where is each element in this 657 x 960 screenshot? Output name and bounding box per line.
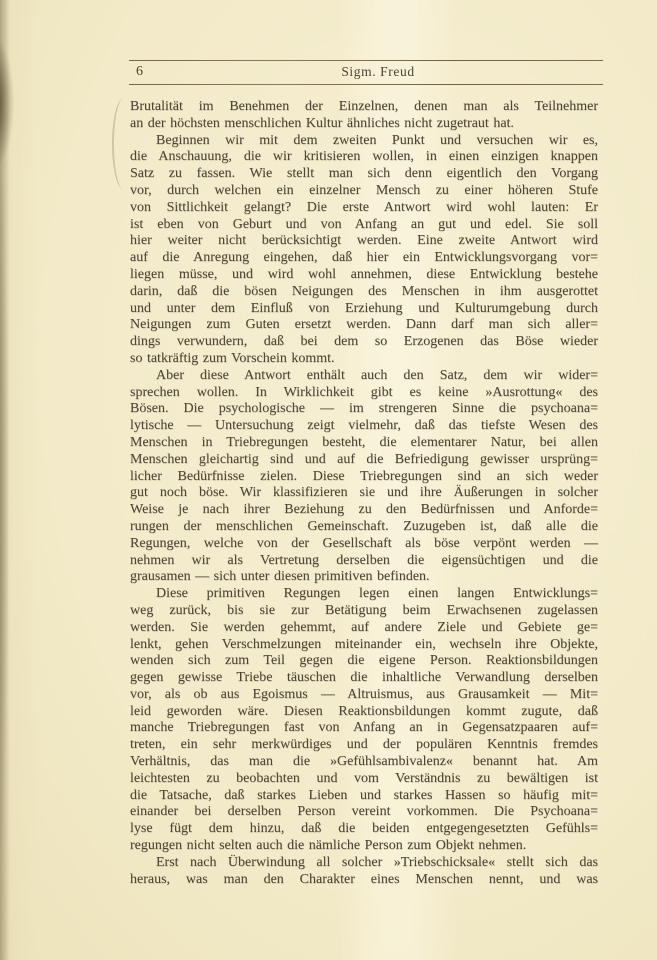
text-line: an der höchsten menschlichen Kultur ähnl… — [130, 116, 598, 133]
text-line: ist eben von Geburt und von Anfang an gu… — [130, 217, 598, 234]
book-page: 6 Sigm. Freud Brutalität im Benehmen der… — [0, 0, 657, 960]
text-line: Erst nach Überwindung all solcher »Trieb… — [130, 855, 598, 872]
text-line: von Sittlichkeit gelangt? Die erste Antw… — [130, 200, 598, 217]
gutter-soft-shadow — [0, 150, 8, 850]
text-line: nehmen wir als Vertretung derselben die … — [130, 553, 598, 570]
text-block: Brutalität im Benehmen der Einzelnen, de… — [130, 99, 598, 888]
text-line: gut noch böse. Wir klassifizieren sie un… — [130, 485, 598, 502]
text-line: Weise je nach ihrer Beziehung zu den Bed… — [130, 502, 598, 519]
text-line: manche Triebregungen fast von Anfang an … — [130, 720, 598, 737]
text-line: einander bei derselben Person vereint vo… — [130, 804, 598, 821]
text-line: Regungen, welche von der Gesellschaft al… — [130, 536, 598, 553]
text-line: und unter dem Einfluß von Erziehung und … — [130, 301, 598, 318]
text-line: lyse fügt dem hinzu, daß die beiden entg… — [130, 821, 598, 838]
gutter-dark-smudge — [0, 38, 14, 168]
running-header: Sigm. Freud — [129, 64, 603, 80]
text-line: lenkt, gehen Verschmelzungen miteinander… — [130, 637, 598, 654]
text-line: Satz zu fassen. Wie stellt man sich denn… — [130, 166, 598, 183]
text-line: vor, als ob aus Egoismus — Altruismus, a… — [130, 687, 598, 704]
text-line: werden. Sie werden gehemmt, auf andere Z… — [130, 620, 598, 637]
text-line: heraus, was man den Charakter eines Mens… — [130, 872, 598, 889]
text-line: wenden sich zum Teil gegen die eigene Pe… — [130, 653, 598, 670]
text-line: grausamen — sich unter diesen primitiven… — [130, 569, 598, 586]
text-line: liegen müsse, und wird wohl annehmen, di… — [130, 267, 598, 284]
text-line: so tatkräftig zum Vorschein kommt. — [130, 351, 598, 368]
text-line: sprechen wollen. In Wirklichkeit gibt es… — [130, 385, 598, 402]
text-line: Diese primitiven Regungen legen einen la… — [130, 586, 598, 603]
text-line: Neigungen zum Guten ersetzt werden. Dann… — [130, 317, 598, 334]
text-line: licher Bedürfnisse zielen. Diese Triebre… — [130, 469, 598, 486]
text-line: rungen der menschlichen Gemeinschaft. Zu… — [130, 519, 598, 536]
text-line: Bösen. Die psychologische — im strengere… — [130, 401, 598, 418]
header-rule-bottom — [129, 84, 603, 85]
text-line: Verhältnis, das man die »Gefühlsambivale… — [130, 754, 598, 771]
text-line: Menschen gleichartig sind und auf die Be… — [130, 452, 598, 469]
text-line: Aber diese Antwort enthält auch den Satz… — [130, 368, 598, 385]
text-line: lytische — Untersuchung zeigt vielmehr, … — [130, 418, 598, 435]
text-line: auf die Anregung eingehen, daß hier ein … — [130, 250, 598, 267]
text-line: leid geworden wäre. Diesen Reaktionsbild… — [130, 704, 598, 721]
text-line: treten, ein sehr merkwürdiges und der po… — [130, 737, 598, 754]
text-line: regungen nicht selten auch die nämliche … — [130, 838, 598, 855]
text-line: darin, daß die bösen Neigungen des Mensc… — [130, 284, 598, 301]
header-row: 6 Sigm. Freud — [129, 64, 603, 82]
page-crease-mark — [112, 98, 124, 190]
text-line: hier weiter nicht berücksichtigt werden.… — [130, 233, 598, 250]
text-line: dings verwundern, daß bei dem so Erzogen… — [130, 334, 598, 351]
text-line: weg zurück, bis sie zur Betätigung beim … — [130, 603, 598, 620]
header-rule-top — [129, 60, 603, 61]
text-line: Beginnen wir mit dem zweiten Punkt und v… — [130, 133, 598, 150]
text-line: Menschen in Triebregungen besteht, die e… — [130, 435, 598, 452]
text-line: Brutalität im Benehmen der Einzelnen, de… — [130, 99, 598, 116]
text-line: die Anschauung, die wir kritisieren woll… — [130, 149, 598, 166]
text-line: leichtesten zu beobachten und vom Verstä… — [130, 771, 598, 788]
text-line: gegen gewisse Triebe täuschen die inhalt… — [130, 670, 598, 687]
text-line: vor, durch welchen ein einzelner Mensch … — [130, 183, 598, 200]
text-line: die Tatsache, daß starkes Lieben und sta… — [130, 788, 598, 805]
